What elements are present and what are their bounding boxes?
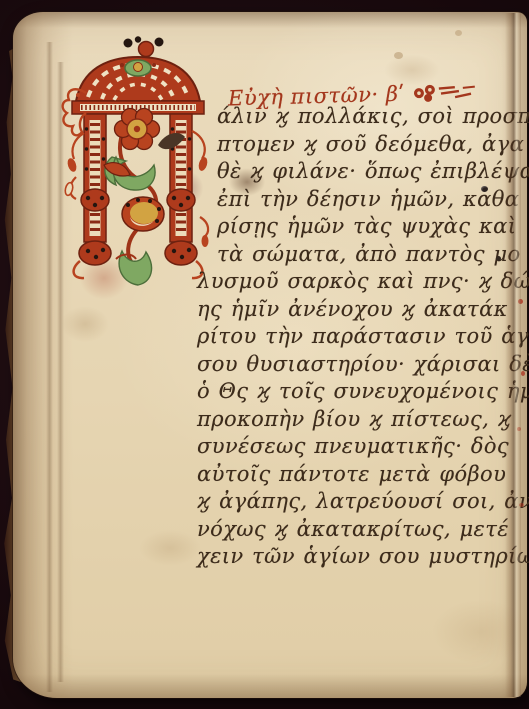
rosette-icon — [115, 109, 160, 150]
text-block: άλιν ϗ πολλάκις, σοὶ προσπί πτομεν ϗ σοῦ… — [197, 103, 515, 571]
text-line: ης ἡμῖν ἀνένοχου ϗ ἀκατάκ — [197, 296, 515, 324]
text-line: αὐτοῖς πάντοτε μετὰ φόβου — [197, 461, 515, 489]
bottom-leaf-icon — [119, 251, 151, 285]
text-line: πτομεν ϗ σοῦ δεόμεθα, ἀγα — [197, 131, 515, 159]
text-line: λυσμοῦ σαρκὸς καὶ πνς· ϗ δώ — [197, 268, 515, 296]
gutter-fold-shadow — [46, 42, 53, 692]
manuscript-photo: Εὐχὴ πιστῶν· βʹ άλιν ϗ πολλάκις, σοὶ προ… — [0, 0, 529, 709]
text-line: θὲ ϗ φιλάνε· ὅπως ἐπιβλέψας — [197, 158, 515, 186]
left-column-icon — [74, 114, 111, 278]
text-line: ὁ Θς ϗ τοῖς συνευχομένοις ἡμῖν, — [197, 378, 515, 406]
text-line: συνέσεως πνευματικῆς· δὸς — [197, 433, 515, 461]
text-line: ρίτου τὴν παράστασιν τοῦ ἁγίου — [197, 323, 515, 351]
text-line: σου θυσιαστηρίου· χάρισαι δὲ — [197, 351, 515, 379]
text-line: νόχως ϗ ἀκατακρίτως, μετέ — [197, 516, 515, 544]
rubric-ornament-icon — [410, 82, 477, 104]
fruit-icon — [122, 197, 164, 231]
text-line: ἐπὶ τὴν δέησιν ἡμῶν, καθα — [197, 186, 515, 214]
text-line: χειν τῶν ἁγίων σου μυστηρίων ϗ— — [197, 543, 515, 571]
text-line: ϗ ἀγάπης, λατρεύουσί σοι, ἀνε — [197, 488, 515, 516]
text-line: τὰ σώματα, ἀπὸ παντὸς μο — [197, 241, 515, 269]
dome-icon — [76, 57, 200, 101]
text-line: άλιν ϗ πολλάκις, σοὶ προσπί — [197, 103, 515, 131]
illuminated-initial-pi — [58, 36, 218, 288]
text-line: προκοπὴν βίου ϗ πίστεως, ϗ — [197, 406, 515, 434]
text-line: ρίσῃς ἡμῶν τὰς ψυχὰς καὶ — [197, 213, 515, 241]
